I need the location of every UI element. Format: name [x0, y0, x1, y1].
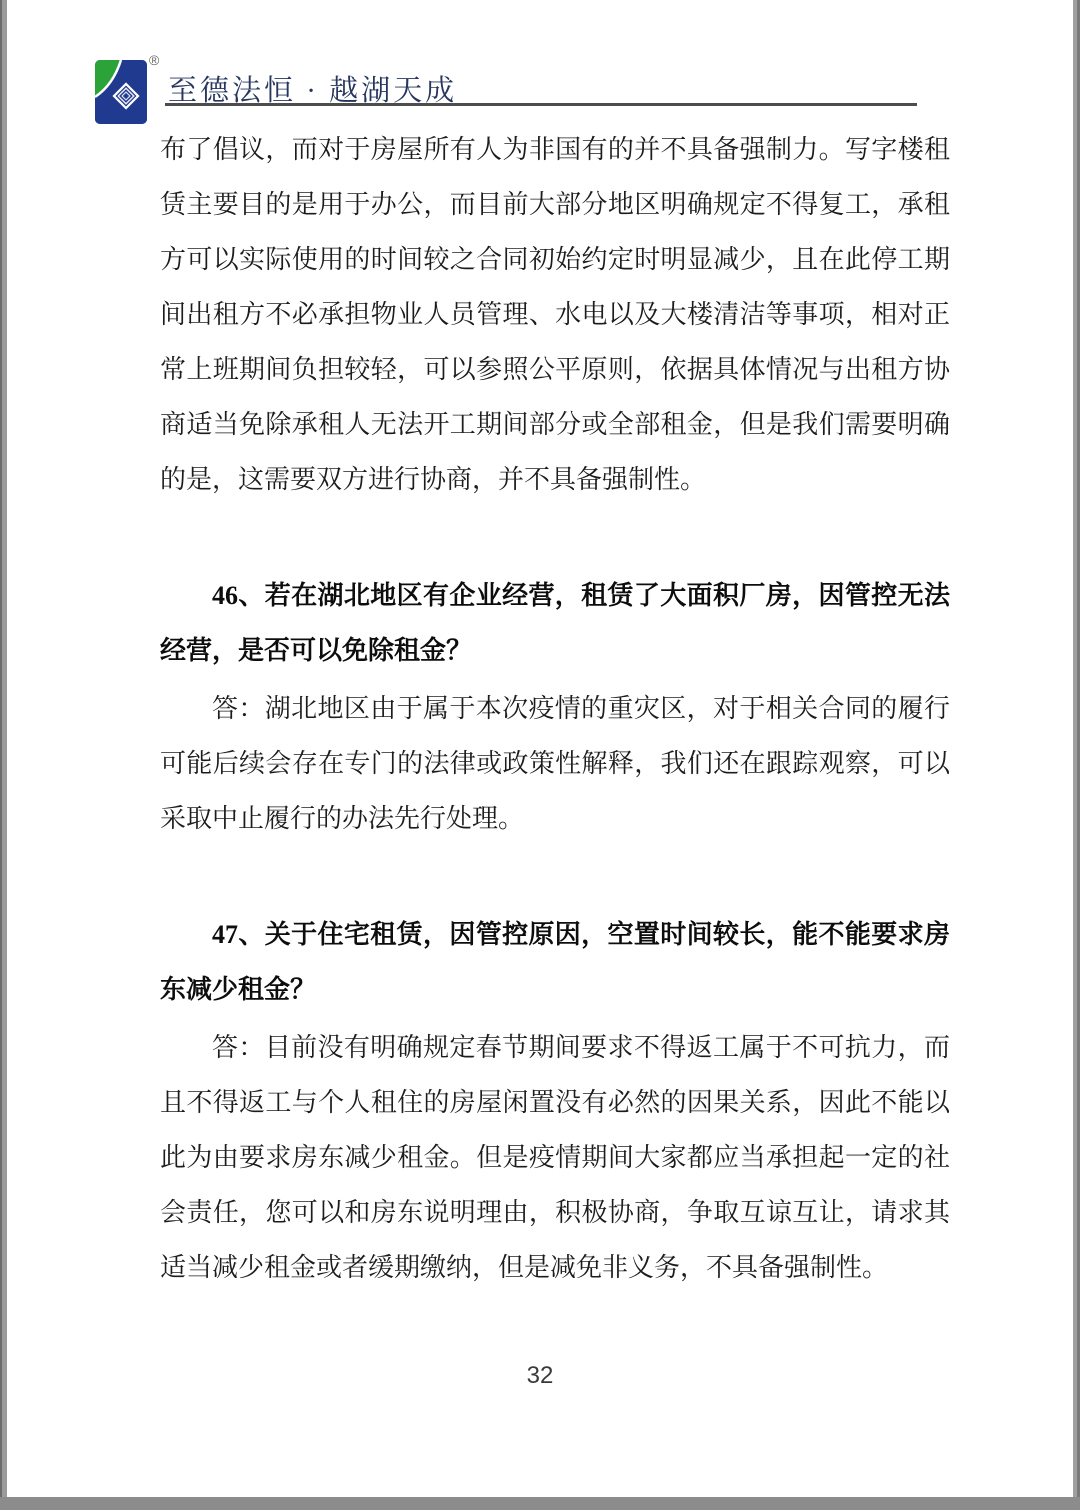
text-line: 此为由要求房东减少租金。但是疫情期间大家都应当承担起一定的社 [160, 1130, 950, 1185]
text-line: 布了倡议，而对于房屋所有人为非国有的并不具备强制力。写字楼租 [160, 122, 950, 177]
text-line: 答：目前没有明确规定春节期间要求不得返工属于不可抗力，而 [160, 1020, 950, 1075]
text-line: 商适当免除承租人无法开工期间部分或全部租金，但是我们需要明确 [160, 397, 950, 452]
text-line: 且不得返工与个人租住的房屋闲置没有必然的因果关系，因此不能以 [160, 1075, 950, 1130]
text-line: 的是，这需要双方进行协商，并不具备强制性。 [160, 452, 950, 507]
page-number: 32 [0, 1362, 1080, 1390]
text-line: 适当减少租金或者缓期缴纳，但是减免非义务，不具备强制性。 [160, 1240, 950, 1295]
text-line: 会责任，您可以和房东说明理由，积极协商，争取互谅互让，请求其 [160, 1185, 950, 1240]
scan-edge-left [0, 0, 7, 1510]
logo-icon [95, 60, 147, 124]
text-line: 47、关于住宅租赁，因管控原因，空置时间较长，能不能要求房 [160, 907, 950, 962]
registered-trademark-symbol: ® [149, 52, 159, 68]
company-logo [95, 60, 147, 124]
text-line: 赁主要目的是用于办公，而目前大部分地区明确规定不得复工，承租 [160, 177, 950, 232]
text-line: 46、若在湖北地区有企业经营，租赁了大面积厂房，因管控无法 [160, 568, 950, 623]
question-46: 46、若在湖北地区有企业经营，租赁了大面积厂房，因管控无法 经营，是否可以免除租… [160, 568, 950, 678]
paragraph-continuation: 布了倡议，而对于房屋所有人为非国有的并不具备强制力。写字楼租 赁主要目的是用于办… [160, 122, 950, 507]
answer-47: 答：目前没有明确规定春节期间要求不得返工属于不可抗力，而 且不得返工与个人租住的… [160, 1020, 950, 1295]
text-line: 经营，是否可以免除租金？ [160, 623, 950, 678]
header-rule [165, 103, 917, 106]
answer-46: 答：湖北地区由于属于本次疫情的重灾区，对于相关合同的履行 可能后续会存在专门的法… [160, 681, 950, 846]
text-line: 采取中止履行的办法先行处理。 [160, 791, 950, 846]
scan-edge-right [1073, 0, 1080, 1510]
scan-edge-bottom [0, 1497, 1080, 1510]
text-line: 方可以实际使用的时间较之合同初始约定时明显减少，且在此停工期 [160, 232, 950, 287]
document-body: 布了倡议，而对于房屋所有人为非国有的并不具备强制力。写字楼租 赁主要目的是用于办… [160, 122, 950, 1295]
text-line: 间出租方不必承担物业人员管理、水电以及大楼清洁等事项，相对正 [160, 287, 950, 342]
text-line: 可能后续会存在专门的法律或政策性解释，我们还在跟踪观察，可以 [160, 736, 950, 791]
text-line: 常上班期间负担较轻，可以参照公平原则，依据具体情况与出租方协 [160, 342, 950, 397]
text-line: 答：湖北地区由于属于本次疫情的重灾区，对于相关合同的履行 [160, 681, 950, 736]
text-line: 东减少租金？ [160, 962, 950, 1017]
question-47: 47、关于住宅租赁，因管控原因，空置时间较长，能不能要求房 东减少租金？ [160, 907, 950, 1017]
